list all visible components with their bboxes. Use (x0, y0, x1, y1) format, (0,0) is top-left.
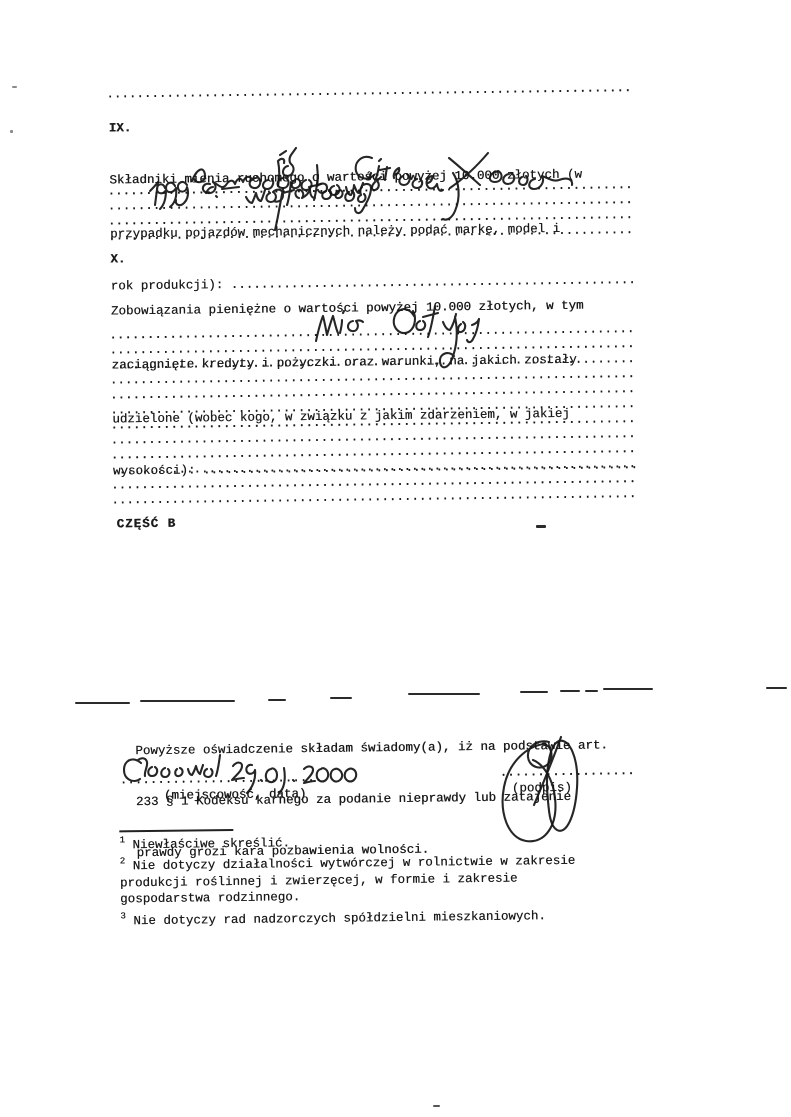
scan-speck (12, 86, 17, 88)
scan-speck (433, 1105, 440, 1107)
section-ix-number: IX. (109, 121, 132, 136)
footnote-1-marker: 1 (119, 835, 125, 845)
part-b-heading: CZĘŚĆ B (116, 517, 176, 533)
statement-line1: Powyższe oświadczenie składam świadomy(a… (135, 737, 608, 760)
scan-artifact-dash (560, 690, 580, 692)
footnote-2-marker: 2 (120, 857, 126, 867)
scan-artifact-dash (766, 687, 787, 689)
footnotes: 1 Niewłaściwe skreślić. 2 Nie dotyczy dz… (119, 827, 576, 930)
scan-speck (10, 130, 13, 133)
scanned-declaration-page: ........................................… (0, 0, 791, 1117)
scan-artifact-dash (75, 702, 130, 704)
signature-dotted-line: .................. (500, 764, 637, 781)
scan-artifact-dash (585, 690, 598, 692)
scan-artifact-dash (520, 691, 548, 693)
scan-artifact-dash (603, 688, 653, 690)
signature-caption: (podpis) (512, 781, 572, 797)
scan-artifact-dash (408, 693, 480, 695)
footnote-3-marker: 3 (120, 911, 126, 921)
dotted-line: ........................................… (106, 81, 633, 102)
scan-artifact-dash (140, 700, 235, 702)
section-x-line1: Zobowiązania pieniężne o wartości powyże… (111, 296, 638, 320)
place-date-dotted-line: ............................ (120, 771, 325, 789)
scan-artifact-dash (268, 699, 286, 701)
scan-artifact-dash (536, 525, 546, 528)
section-ix-answer-lines: ........................................… (107, 178, 635, 244)
place-date-caption: (miejscowość, data) (164, 787, 307, 804)
section-x-number: X. (110, 252, 125, 267)
typewritten-content: ........................................… (0, 0, 791, 1117)
scan-artifact-dash (330, 697, 352, 699)
section-x-answer-lines: ........................................… (109, 322, 638, 508)
